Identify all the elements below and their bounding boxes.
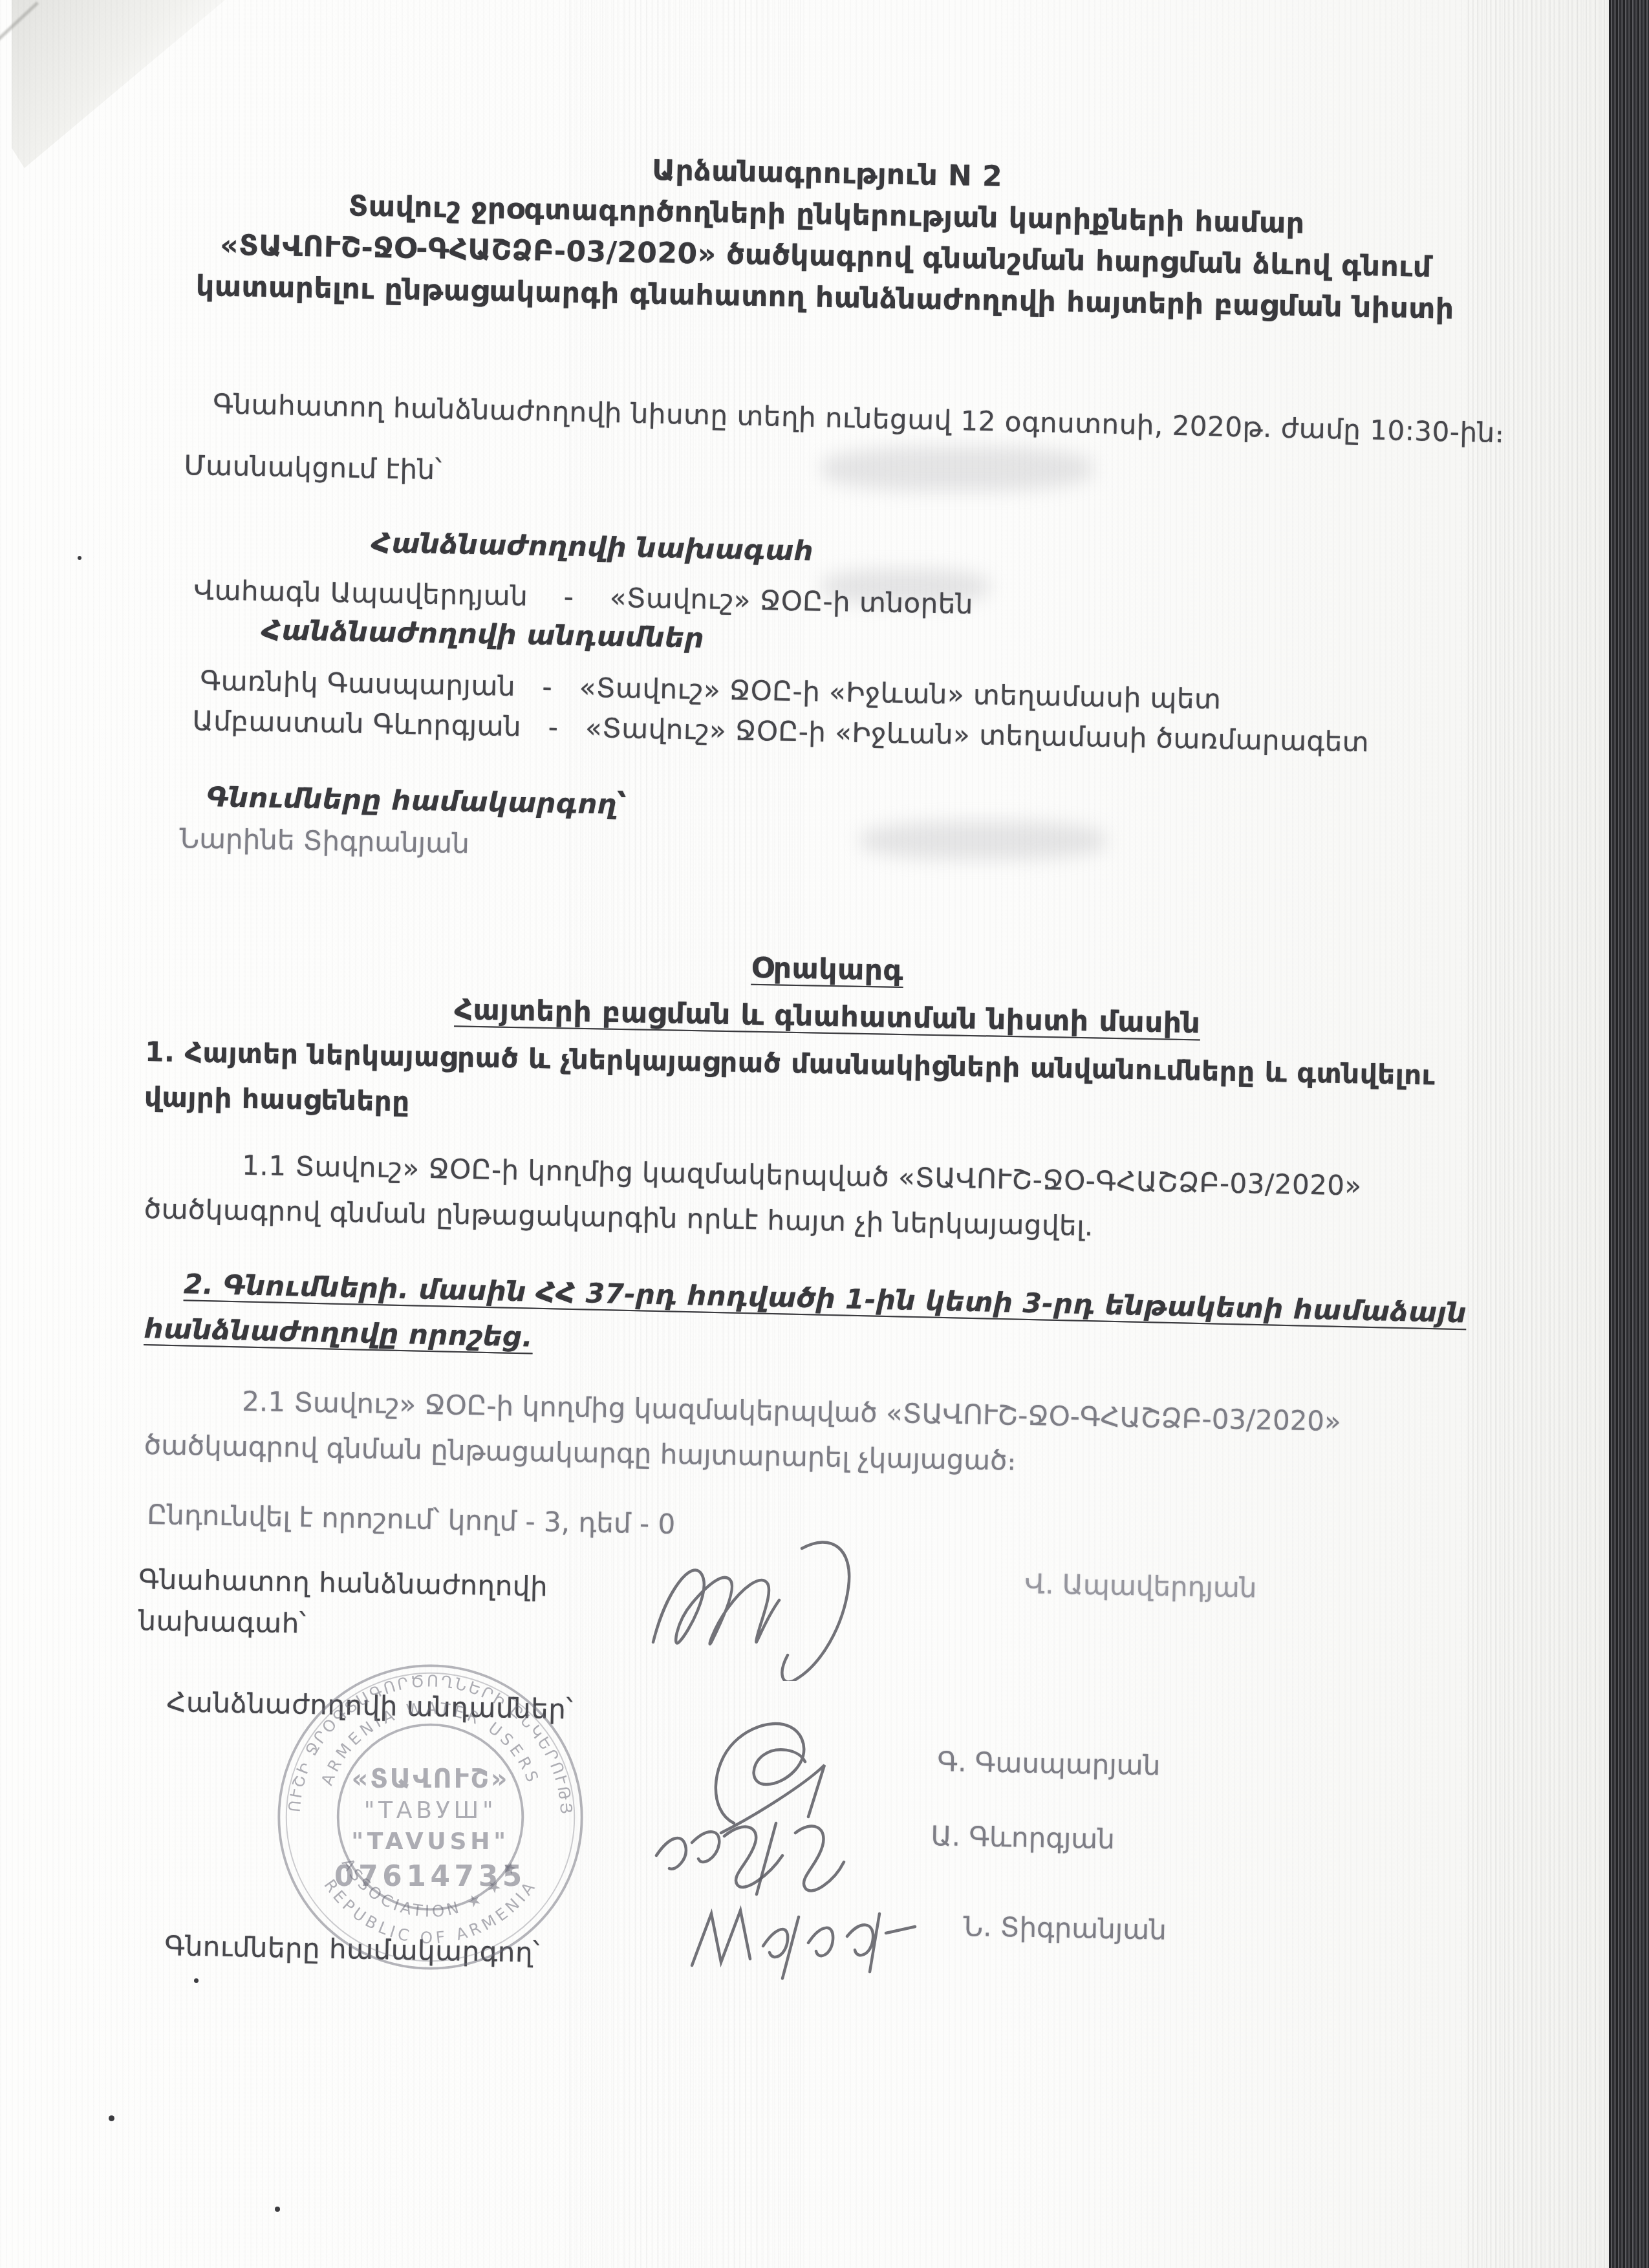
scan-smudge (821, 446, 1093, 491)
member-role: «Տավուշ» ՋՕԸ-ի «Իջևան» տեղամասի ծառմարագ… (585, 712, 1370, 758)
noise-speck (275, 2207, 280, 2212)
session-datetime-line: Գնահատող հանձնաժողովի նիստը տեղի ունեցավ… (213, 388, 1505, 449)
members-heading: Հանձնաժողովի անդամներ (261, 614, 704, 654)
chair-role: «Տավուշ» ՋՕԸ-ի տնօրեն (609, 582, 973, 620)
member-role: «Տավուշ» ՋՕԸ-ի «Իջևան» տեղամասի պետ (579, 672, 1222, 715)
coordinator-name: Նարինե Տիգրանյան (179, 822, 469, 859)
coordinator-signature (685, 1888, 931, 1991)
coordinator-sign-name: Ն. Տիգրանյան (963, 1910, 1167, 1946)
agenda-title: Օրակարգ (161, 941, 1494, 998)
chair-signature (640, 1513, 912, 1681)
agenda-title-text: Օրակարգ (751, 952, 903, 987)
agenda-item-1-1: 1.1 Տավուշ» ՋՕԸ-ի կողմից կազմակերպված «Տ… (144, 1141, 1522, 1257)
agenda-item-2-1: 2.1 Տավուշ» ՋՕԸ-ի կողմից կազմակերպված «Տ… (144, 1377, 1522, 1493)
document-title: Արձանագրություն N 2 Տավուշ ջրօգտագործողն… (158, 141, 1493, 331)
organization-stamp: ՏԱՎՈՒՇԻ ՋՐՕԳՏԱԳՈՐԾՈՂՆԵՐԻ ԸՆԿԵՐՈՒԹՅՈՒՆ AR… (270, 1657, 590, 1977)
member-name: Ամբաստան Գևորգյան (192, 705, 522, 742)
noise-speck (78, 556, 81, 560)
chair-separator: - (563, 581, 574, 612)
noise-speck (109, 2115, 114, 2121)
scan-smudge (860, 821, 1106, 860)
signoff-chair-label-2: նախագահ՝ (138, 1605, 307, 1640)
participants-intro: Մասնակցում էին՝ (184, 449, 442, 486)
stamp-org-english: "TAVUSH" (351, 1827, 509, 1855)
scanned-document-page: Արձանագրություն N 2 Տավուշ ջրօգտագործողն… (0, 0, 1649, 2268)
stamp-org-armenian: «ՏԱՎՈՒՇ» (352, 1764, 510, 1794)
decision-line: Ընդունվել է որոշում՝ կողմ - 3, դեմ - 0 (147, 1499, 675, 1540)
member-name: Գառնիկ Գասպարյան (200, 665, 515, 702)
stamp-org-russian: "ТАВУШ" (364, 1796, 497, 1824)
agenda-item-2: 2. Գնումների. մասին ՀՀ 37-րդ հոդվածի 1-ի… (144, 1261, 1529, 1383)
stamp-number: 07614735 (334, 1860, 526, 1893)
member-separator: - (548, 711, 559, 743)
agenda-item-1: 1. Հայտեր ներկայացրած և չներկայացրած մաս… (144, 1029, 1516, 1145)
member-separator: - (542, 671, 553, 703)
agenda-subtitle-text: Հայտերի բացման և գնահատման նիստի մասին (454, 993, 1201, 1040)
member-sign-name: Գ. Գասպարյան (937, 1746, 1161, 1781)
coordinator-heading: Գնումները համակարգող՝ (206, 781, 627, 820)
noise-speck (194, 1978, 199, 1983)
signoff-chair-label-1: Գնահատող հանձնաժողովի (138, 1563, 548, 1603)
chair-name: Վահագն Ապավերդյան (193, 574, 528, 612)
chair-sign-name: Վ. Ապավերդյան (1024, 1568, 1257, 1604)
chair-heading: Հանձնաժողովի նախագահ (371, 527, 814, 567)
member-sign-name: Ա. Գևորգյան (931, 1820, 1115, 1855)
scan-edge-dark-strip (1609, 0, 1649, 2268)
